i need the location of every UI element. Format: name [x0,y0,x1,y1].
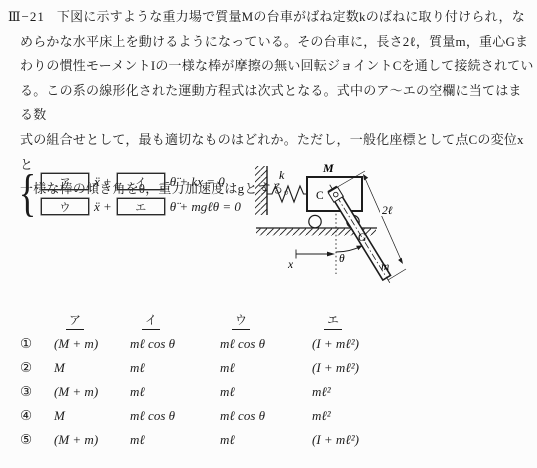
choice-4-i: mℓ cos θ [130,408,220,424]
equation-1-theta-term: θ̈ + kx = 0 [170,174,225,190]
x-arrow-head [327,252,335,257]
problem-text: めらかな水平床上を動けるようになっている。その台車に，長さ2ℓ，質量m，重心Gま [8,30,534,55]
choice-1-u: mℓ cos θ [220,336,312,352]
rod-length-label: 2ℓ [382,205,393,217]
choice-3-a: (M + m) [54,384,130,400]
mechanics-diagram: M k C 2ℓ G m x θ [254,157,440,303]
cart-wheel-left [309,215,321,227]
column-header-u: ウ [220,311,312,330]
choice-4-a: M [54,408,130,424]
column-header-e-label: エ [324,311,342,330]
problem-text: る。この系の線形化された運動方程式は次式となる。式中のア〜エの空欄に当てはまる数 [8,79,534,128]
diagram-svg: M k C 2ℓ G m x θ [254,157,440,303]
blank-box-a: ア [41,173,89,190]
choice-3-i: mℓ [130,384,220,400]
choice-1-a: (M + m) [54,336,130,352]
blank-box-i: イ [117,173,165,190]
spring [267,186,307,202]
choice-1-i: mℓ cos θ [130,336,220,352]
equation-1-x-term: ẍ + [94,174,112,190]
choice-1-e: (I + mℓ²) [312,336,420,352]
answer-choices-table: ア イ ウ エ ① (M + m) mℓ cos θ mℓ cos θ (I +… [20,308,420,452]
joint-label: C [316,190,324,202]
choice-2-u: mℓ [220,360,312,376]
rod-mass-label: m [381,261,389,273]
blank-box-e: エ [117,198,165,215]
problem-text: 下図に示すような重力場で質量Mの台車がばね定数kのばねに取り付けられ，な [57,9,525,24]
dimension-arrow-bottom [398,258,403,264]
column-header-u-label: ウ [232,311,250,330]
blank-box-u: ウ [41,198,89,215]
equation-block: { ア ẍ + イ θ̈ + kx = 0 ウ ẍ + エ θ̈ + mgℓθ … [15,166,246,222]
choice-4-number: ④ [20,408,54,424]
choice-1-number: ① [20,336,54,352]
problem-number: Ⅲ−21 [8,9,45,24]
choice-2-i: mℓ [130,360,220,376]
choice-5-u: mℓ [220,432,312,448]
choice-2-e: (I + mℓ²) [312,360,420,376]
choice-2-a: M [54,360,130,376]
left-brace: { [19,166,36,222]
equation-2-x-term: ẍ + [94,199,112,215]
problem-line: Ⅲ−21下図に示すような重力場で質量Mの台車がばね定数kのばねに取り付けられ，な [8,5,534,30]
choice-5-e: (I + mℓ²) [312,432,420,448]
equation-2: ウ ẍ + エ θ̈ + mgℓθ = 0 [41,197,246,217]
equation-2-theta-term: θ̈ + mgℓθ = 0 [170,199,241,215]
choice-4-e: mℓ² [312,408,420,424]
choice-5-i: mℓ [130,432,220,448]
column-header-a-label: ア [66,311,84,330]
choice-3-u: mℓ [220,384,312,400]
choice-3-number: ③ [20,384,54,400]
choice-4-u: mℓ cos θ [220,408,312,424]
equation-1: ア ẍ + イ θ̈ + kx = 0 [41,172,246,192]
column-header-e: エ [312,311,420,330]
choice-5-a: (M + m) [54,432,130,448]
choice-5-number: ⑤ [20,432,54,448]
center-of-gravity-label: G [358,232,366,244]
displacement-label: x [287,259,294,271]
wall-hatch [255,166,267,215]
column-header-a: ア [54,311,130,330]
cart-mass-label: M [322,161,334,175]
column-header-i-label: イ [142,311,160,330]
column-header-i: イ [130,311,220,330]
choice-3-e: mℓ² [312,384,420,400]
problem-text: わりの慣性モーメントIの一様な棒が摩擦の無い回転ジョイントCを通して接続されてい [8,54,534,79]
choice-2-number: ② [20,360,54,376]
spring-constant-label: k [279,168,285,182]
angle-label: θ [339,253,345,265]
